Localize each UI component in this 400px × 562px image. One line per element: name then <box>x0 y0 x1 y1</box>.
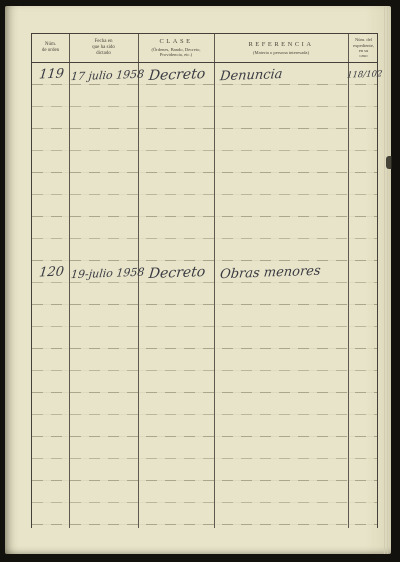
header-line: (Materia o persona interesada) <box>253 50 309 55</box>
ruled-row <box>32 195 377 217</box>
ruled-row <box>32 503 377 525</box>
ruled-row <box>32 415 377 437</box>
header-fecha: Fecha en que ha sido dictado <box>69 34 138 62</box>
ledger-page: Núm. de orden Fecha en que ha sido dicta… <box>5 6 391 554</box>
entry-date: 19-julio 1958 <box>70 266 138 281</box>
ruled-row <box>32 349 377 371</box>
ruled-row <box>32 129 377 151</box>
entry-order-number: 119 <box>33 66 70 82</box>
header-line: Providencia, etc.) <box>160 52 192 57</box>
ruled-row <box>32 217 377 239</box>
ruled-row <box>32 239 377 261</box>
header-referencia: REFERENCIA (Materia o persona interesada… <box>214 34 348 62</box>
page-edge-line <box>384 6 385 554</box>
header-line: de orden <box>42 48 59 54</box>
header-num-orden: Núm. de orden <box>32 34 69 62</box>
page-edge-line <box>387 6 388 554</box>
ruled-row <box>32 173 377 195</box>
ruled-row <box>32 151 377 173</box>
header-clase: CLASE (Órdenes, Bando, Decreto, Providen… <box>138 34 214 62</box>
ruled-row <box>32 371 377 393</box>
ruled-row <box>32 107 377 129</box>
header-expediente: Núm. del expediente, en su caso <box>348 34 379 62</box>
ledger-entry: 119 17 julio 1958 Decreto Denuncia 118/1… <box>32 67 377 93</box>
ruled-row <box>32 327 377 349</box>
scanned-ledger-scene: Núm. de orden Fecha en que ha sido dicta… <box>0 0 400 562</box>
entry-file-number <box>347 267 379 268</box>
entry-date: 17 julio 1958 <box>70 68 138 83</box>
table-header-row: Núm. de orden Fecha en que ha sido dicta… <box>32 34 377 63</box>
ruled-rows-area <box>32 63 377 528</box>
ledger-entry: 120 19-julio 1958 Decreto Obras menores <box>32 265 377 291</box>
registry-table: Núm. de orden Fecha en que ha sido dicta… <box>31 33 378 528</box>
entry-file-number: 118/102 <box>346 69 379 80</box>
entry-reference: Obras menores <box>219 263 347 282</box>
ruled-row <box>32 393 377 415</box>
entry-class: Decreto <box>139 264 215 283</box>
header-title: CLASE <box>159 38 192 46</box>
entry-class: Decreto <box>139 66 215 85</box>
entry-order-number: 120 <box>33 264 70 280</box>
header-line: dictado <box>96 51 111 57</box>
ruled-row <box>32 459 377 481</box>
ruled-row <box>32 437 377 459</box>
ruled-row <box>32 305 377 327</box>
header-line: caso <box>359 53 367 58</box>
entry-reference: Denuncia <box>219 65 347 84</box>
header-title: REFERENCIA <box>248 41 313 49</box>
page-edge-mark <box>386 156 392 169</box>
ruled-row <box>32 481 377 503</box>
